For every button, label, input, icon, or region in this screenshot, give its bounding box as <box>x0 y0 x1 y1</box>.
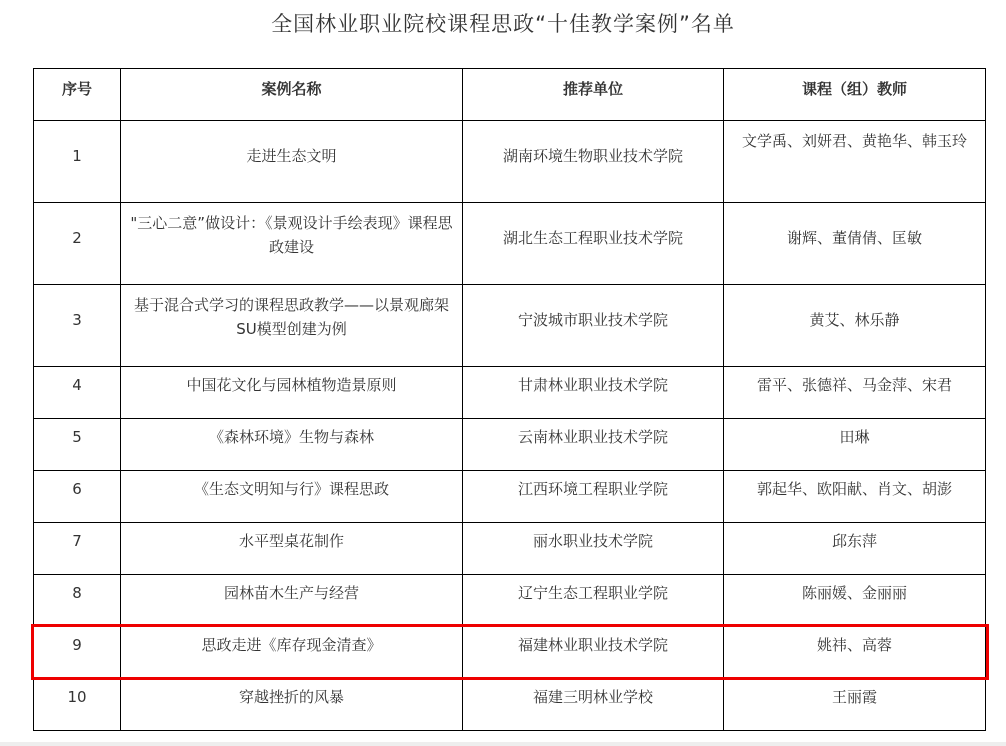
cell-unit: 福建林业职业技术学院 <box>463 627 724 679</box>
cell-unit: 甘肃林业职业技术学院 <box>463 367 724 419</box>
cell-no: 5 <box>34 419 121 471</box>
table-row: 1 走进生态文明 湖南环境生物职业技术学院 文学禹、刘妍君、黄艳华、韩玉玲 <box>34 121 986 203</box>
cell-case-name: 穿越挫折的风暴 <box>121 679 463 731</box>
table-row: 3 基于混合式学习的课程思政教学——以景观廊架SU模型创建为例 宁波城市职业技术… <box>34 285 986 367</box>
table-header-row: 序号 案例名称 推荐单位 课程（组）教师 <box>34 69 986 121</box>
page-title: 全国林业职业院校课程思政“十佳教学案例”名单 <box>0 8 1006 38</box>
cell-no: 1 <box>34 121 121 203</box>
cell-unit: 辽宁生态工程职业学院 <box>463 575 724 627</box>
table-row: 7 水平型桌花制作 丽水职业技术学院 邱东萍 <box>34 523 986 575</box>
cell-case-name: 《森林环境》生物与森林 <box>121 419 463 471</box>
cell-no: 10 <box>34 679 121 731</box>
cell-teacher: 王丽霞 <box>724 679 986 731</box>
table-row: 5 《森林环境》生物与森林 云南林业职业技术学院 田琳 <box>34 419 986 471</box>
cell-unit: 丽水职业技术学院 <box>463 523 724 575</box>
cell-case-name: 《生态文明知与行》课程思政 <box>121 471 463 523</box>
cell-case-name: 中国花文化与园林植物造景原则 <box>121 367 463 419</box>
cell-no: 2 <box>34 203 121 285</box>
cell-case-name: 水平型桌花制作 <box>121 523 463 575</box>
header-teacher: 课程（组）教师 <box>724 69 986 121</box>
cell-case-name: 园林苗木生产与经营 <box>121 575 463 627</box>
cell-unit: 湖北生态工程职业技术学院 <box>463 203 724 285</box>
cell-no: 9 <box>34 627 121 679</box>
header-case-name: 案例名称 <box>121 69 463 121</box>
cell-no: 4 <box>34 367 121 419</box>
bottom-divider <box>0 742 1006 746</box>
case-list-table: 序号 案例名称 推荐单位 课程（组）教师 1 走进生态文明 湖南环境生物职业技术… <box>33 68 986 731</box>
cell-unit: 江西环境工程职业学院 <box>463 471 724 523</box>
cell-no: 6 <box>34 471 121 523</box>
table-row: 6 《生态文明知与行》课程思政 江西环境工程职业学院 郭起华、欧阳献、肖文、胡澎 <box>34 471 986 523</box>
cell-unit: 福建三明林业学校 <box>463 679 724 731</box>
cell-teacher: 邱东萍 <box>724 523 986 575</box>
cell-teacher: 郭起华、欧阳献、肖文、胡澎 <box>724 471 986 523</box>
cell-case-name: 基于混合式学习的课程思政教学——以景观廊架SU模型创建为例 <box>121 285 463 367</box>
table-row: 8 园林苗木生产与经营 辽宁生态工程职业学院 陈丽媛、金丽丽 <box>34 575 986 627</box>
table-row-highlighted: 9 思政走进《库存现金清查》 福建林业职业技术学院 姚祎、高蓉 <box>34 627 986 679</box>
cell-unit: 湖南环境生物职业技术学院 <box>463 121 724 203</box>
cell-teacher: 黄艾、林乐静 <box>724 285 986 367</box>
cell-teacher: 姚祎、高蓉 <box>724 627 986 679</box>
header-unit: 推荐单位 <box>463 69 724 121</box>
cell-no: 8 <box>34 575 121 627</box>
cell-case-name: 思政走进《库存现金清查》 <box>121 627 463 679</box>
cell-no: 3 <box>34 285 121 367</box>
cell-teacher: 谢辉、董倩倩、匡敏 <box>724 203 986 285</box>
cell-unit: 宁波城市职业技术学院 <box>463 285 724 367</box>
cell-teacher: 陈丽媛、金丽丽 <box>724 575 986 627</box>
cell-no: 7 <box>34 523 121 575</box>
cell-case-name: 走进生态文明 <box>121 121 463 203</box>
table-row: 2 "三心二意”做设计：《景观设计手绘表现》课程思政建设 湖北生态工程职业技术学… <box>34 203 986 285</box>
table-row: 4 中国花文化与园林植物造景原则 甘肃林业职业技术学院 雷平、张德祥、马金萍、宋… <box>34 367 986 419</box>
table-row: 10 穿越挫折的风暴 福建三明林业学校 王丽霞 <box>34 679 986 731</box>
cell-case-name: "三心二意”做设计：《景观设计手绘表现》课程思政建设 <box>121 203 463 285</box>
cell-teacher: 雷平、张德祥、马金萍、宋君 <box>724 367 986 419</box>
cell-unit: 云南林业职业技术学院 <box>463 419 724 471</box>
cell-teacher: 文学禹、刘妍君、黄艳华、韩玉玲 <box>724 121 986 203</box>
header-no: 序号 <box>34 69 121 121</box>
cell-teacher: 田琳 <box>724 419 986 471</box>
